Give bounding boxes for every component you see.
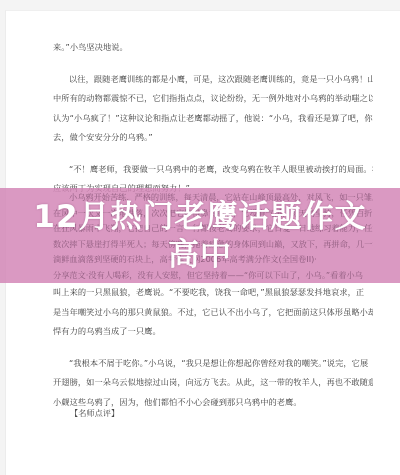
document-body-continued: 叫上来的一只黑鼠狼，老鹰说。“不要吃我，饶我一命吧，”黑鼠狼瑟瑟发抖地哀求，正 … bbox=[53, 283, 373, 412]
text-line: 中所有的动物都震惊不已，它们指指点点，议论纷纷，无一例外地对小乌鸦的举动嗤之以鼻… bbox=[53, 89, 373, 109]
text-line: 来。”小鸟坚决地说。 bbox=[53, 38, 373, 58]
text-line: 开翅膀，如一朵乌云似地掠过山岗，向远方飞去。从此，这一带的牧羊人，再也不敢随意 bbox=[53, 373, 373, 393]
text-line: 以往，跟随老鹰训练的都是小鹰，可是，这次跟随老鹰训练的，竟是一只小乌鸦！山林 bbox=[53, 70, 373, 90]
text-line: 悍有力的乌鸦当成了一只鹰。 bbox=[53, 322, 373, 342]
paragraph-1: 来。”小鸟坚决地说。 bbox=[53, 38, 373, 58]
teacher-comment-heading: 【名师点评】 bbox=[70, 408, 119, 419]
paragraph-5: “我根本不屑于吃你。”小乌说，“我只是想让你想起你曾经对我的嘲笑。”说完，它展 … bbox=[53, 354, 373, 413]
text-line: “不！鹰老师，我要做一只乌鸦中的老鹰，改变乌鸦在牧羊人眼里被动挨打的局面。我 bbox=[53, 160, 373, 180]
title-banner: 小乌鸦开始苦练，严格的训练，每天清晨，它站在山峰顶最高处，对风飞，如一只雏鹰 在… bbox=[0, 188, 400, 283]
paragraph-4: 叫上来的一只黑鼠狼，老鹰说。“不要吃我，饶我一命吧，”黑鼠狼瑟瑟发抖地哀求，正 … bbox=[53, 283, 373, 342]
document-body: 来。”小鸟坚决地说。 以往，跟随老鹰训练的都是小鹰，可是，这次跟随老鹰训练的，竟… bbox=[53, 38, 373, 199]
text-line: 叫上来的一只黑鼠狼，老鹰说。“不要吃我，饶我一命吧，”黑鼠狼瑟瑟发抖地哀求，正 bbox=[53, 283, 373, 303]
text-line: “我根本不屑于吃你。”小乌说，“我只是想让你想起你曾经对我的嘲笑。”说完，它展 bbox=[53, 354, 373, 374]
banner-title-line-1: 12月热门老鹰话题作文 bbox=[33, 198, 366, 236]
paragraph-2: 以往，跟随老鹰训练的都是小鹰，可是，这次跟随老鹰训练的，竟是一只小乌鸦！山林 中… bbox=[53, 70, 373, 148]
text-line: 是当年嘲笑过小乌的那只黄鼠狼。不过，它已认不出小乌了，它把面前这只体形虽略小却强 bbox=[53, 303, 373, 323]
banner-title-line-2: 高中 bbox=[168, 236, 232, 274]
text-line: 去，做个安安分分的乌鸦。” bbox=[53, 128, 373, 148]
text-line: 认为“小乌疯了！”这种议论和指点让老鹰都动摇了，他说：“小乌，我看还是算了吧，你… bbox=[53, 109, 373, 129]
